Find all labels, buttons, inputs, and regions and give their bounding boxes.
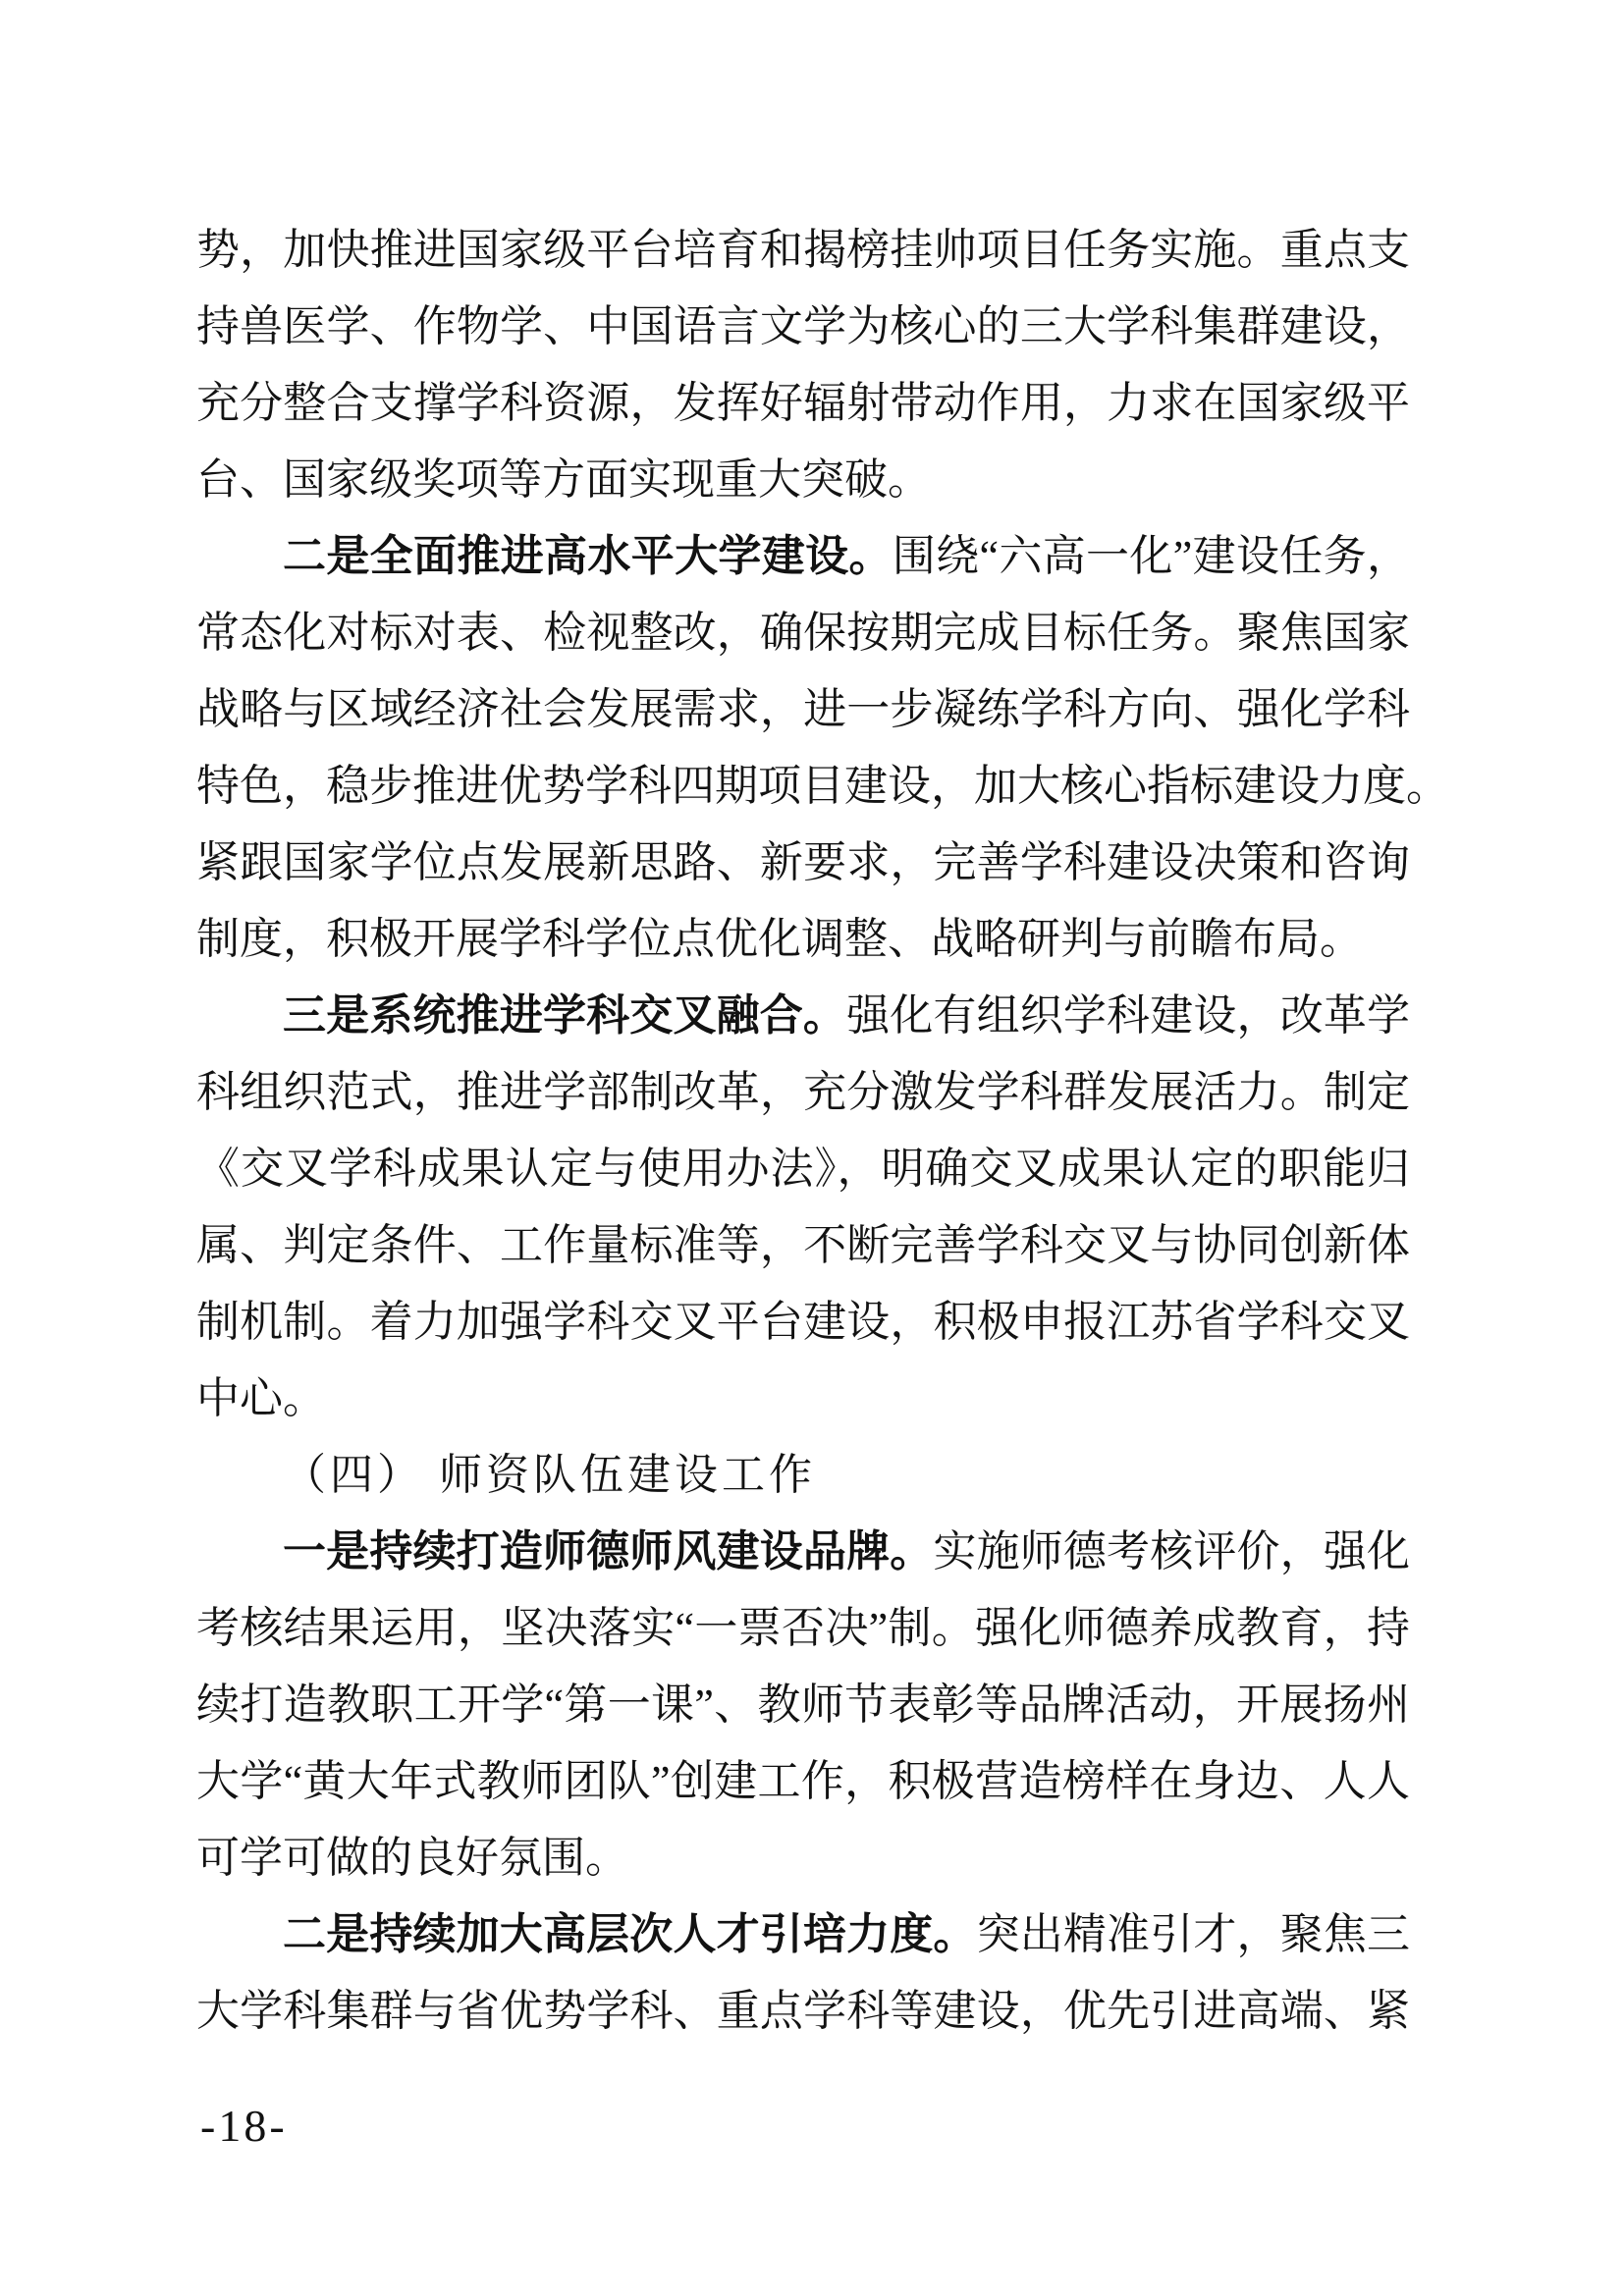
body-text-segment: 续打造教职工开学“第一课”、教师节表彰等品牌活动，开展扬州 — [196, 1681, 1410, 1729]
text-line-23: 二是持续加大高层次人才引培力度。突出精准引才，聚焦三 — [196, 1896, 1410, 1973]
text-line-11: 三是系统推进学科交叉融合。强化有组织学科建设，改革学 — [196, 978, 1410, 1054]
body-text-segment: 围绕“六高一化”建设任务， — [893, 532, 1410, 580]
body-text-segment: 战略与区域经济社会发展需求，进一步凝练学科方向、强化学科 — [196, 685, 1410, 733]
text-line-22: 可学可做的良好氛围。 — [196, 1820, 1410, 1896]
body-text-segment: 大学“黄大年式教师团队”创建工作，积极营造榜样在身边、人人 — [196, 1757, 1410, 1805]
text-line-9: 紧跟国家学位点发展新思路、新要求，完善学科建设决策和咨询 — [196, 825, 1410, 901]
body-text-segment: 可学可做的良好氛围。 — [196, 1834, 628, 1882]
text-line-19: 考核结果运用，坚决落实“一票否决”制。强化师德养成教育，持 — [196, 1590, 1410, 1667]
text-line-5: 二是全面推进高水平大学建设。围绕“六高一化”建设任务， — [196, 518, 1410, 595]
text-line-16: 中心。 — [196, 1361, 1410, 1437]
body-text-segment: 考核结果运用，坚决落实“一票否决”制。强化师德养成教育，持 — [196, 1604, 1410, 1652]
body-text-segment: 势，加快推进国家级平台培育和揭榜挂帅项目任务实施。重点支 — [196, 226, 1410, 274]
body-text-segment: 台、国家级奖项等方面实现重大突破。 — [196, 455, 931, 504]
bold-lead-text: 二是全面推进高水平大学建设。 — [283, 532, 893, 580]
body-text: 势，加快推进国家级平台培育和揭榜挂帅项目任务实施。重点支持兽医学、作物学、中国语… — [196, 212, 1410, 2050]
page-number: -18- — [200, 2097, 288, 2156]
body-text-segment: 制度，积极开展学科学位点优化调整、战略研判与前瞻布局。 — [196, 915, 1363, 963]
text-line-20: 续打造教职工开学“第一课”、教师节表彰等品牌活动，开展扬州 — [196, 1667, 1410, 1743]
body-text-segment: 充分整合支撑学科资源，发挥好辐射带动作用，力求在国家级平 — [196, 379, 1410, 427]
text-line-18: 一是持续打造师德师风建设品牌。实施师德考核评价，强化 — [196, 1514, 1410, 1590]
text-line-15: 制机制。着力加强学科交叉平台建设，积极申报江苏省学科交叉 — [196, 1284, 1410, 1361]
text-line-3: 充分整合支撑学科资源，发挥好辐射带动作用，力求在国家级平 — [196, 365, 1410, 442]
text-line-10: 制度，积极开展学科学位点优化调整、战略研判与前瞻布局。 — [196, 901, 1410, 978]
body-text-segment: 制机制。着力加强学科交叉平台建设，积极申报江苏省学科交叉 — [196, 1298, 1410, 1346]
body-text-segment: 科组织范式，推进学部制改革，充分激发学科群发展活力。制定 — [196, 1068, 1410, 1116]
body-text-segment: 强化有组织学科建设，改革学 — [846, 991, 1410, 1040]
text-line-21: 大学“黄大年式教师团队”创建工作，积极营造榜样在身边、人人 — [196, 1743, 1410, 1820]
document-page: 势，加快推进国家级平台培育和揭榜挂帅项目任务实施。重点支持兽医学、作物学、中国语… — [0, 0, 1624, 2296]
body-text-segment: 属、判定条件、工作量标准等，不断完善学科交叉与协同创新体 — [196, 1221, 1410, 1269]
bold-lead-text: 三是系统推进学科交叉融合。 — [283, 991, 846, 1040]
text-line-14: 属、判定条件、工作量标准等，不断完善学科交叉与协同创新体 — [196, 1207, 1410, 1284]
text-line-7: 战略与区域经济社会发展需求，进一步凝练学科方向、强化学科 — [196, 671, 1410, 748]
body-text-segment: 突出精准引才，聚焦三 — [977, 1910, 1410, 1958]
body-text-segment: 实施师德考核评价，强化 — [933, 1527, 1410, 1575]
text-line-8: 特色，稳步推进优势学科四期项目建设，加大核心指标建设力度。 — [196, 748, 1410, 825]
body-text-segment: 《交叉学科成果认定与使用办法》，明确交叉成果认定的职能归 — [196, 1145, 1410, 1193]
body-text-segment: （四） 师资队伍建设工作 — [283, 1451, 816, 1499]
body-text-segment: 常态化对标对表、检视整改，确保按期完成目标任务。聚焦国家 — [196, 609, 1410, 657]
body-text-segment: 中心。 — [196, 1374, 326, 1422]
text-line-13: 《交叉学科成果认定与使用办法》，明确交叉成果认定的职能归 — [196, 1131, 1410, 1207]
text-line-12: 科组织范式，推进学部制改革，充分激发学科群发展活力。制定 — [196, 1054, 1410, 1131]
text-line-24: 大学科集群与省优势学科、重点学科等建设，优先引进高端、紧 — [196, 1973, 1410, 2050]
text-line-17: （四） 师资队伍建设工作 — [196, 1437, 1410, 1514]
text-line-1: 势，加快推进国家级平台培育和揭榜挂帅项目任务实施。重点支 — [196, 212, 1410, 289]
text-line-4: 台、国家级奖项等方面实现重大突破。 — [196, 442, 1410, 518]
text-line-6: 常态化对标对表、检视整改，确保按期完成目标任务。聚焦国家 — [196, 595, 1410, 671]
bold-lead-text: 二是持续加大高层次人才引培力度。 — [283, 1910, 977, 1958]
body-text-segment: 持兽医学、作物学、中国语言文学为核心的三大学科集群建设， — [196, 302, 1410, 350]
body-text-segment: 大学科集群与省优势学科、重点学科等建设，优先引进高端、紧 — [196, 1987, 1410, 2035]
bold-lead-text: 一是持续打造师德师风建设品牌。 — [283, 1527, 933, 1575]
body-text-segment: 紧跟国家学位点发展新思路、新要求，完善学科建设决策和咨询 — [196, 838, 1410, 886]
text-line-2: 持兽医学、作物学、中国语言文学为核心的三大学科集群建设， — [196, 289, 1410, 365]
body-text-segment: 特色，稳步推进优势学科四期项目建设，加大核心指标建设力度。 — [196, 762, 1449, 810]
